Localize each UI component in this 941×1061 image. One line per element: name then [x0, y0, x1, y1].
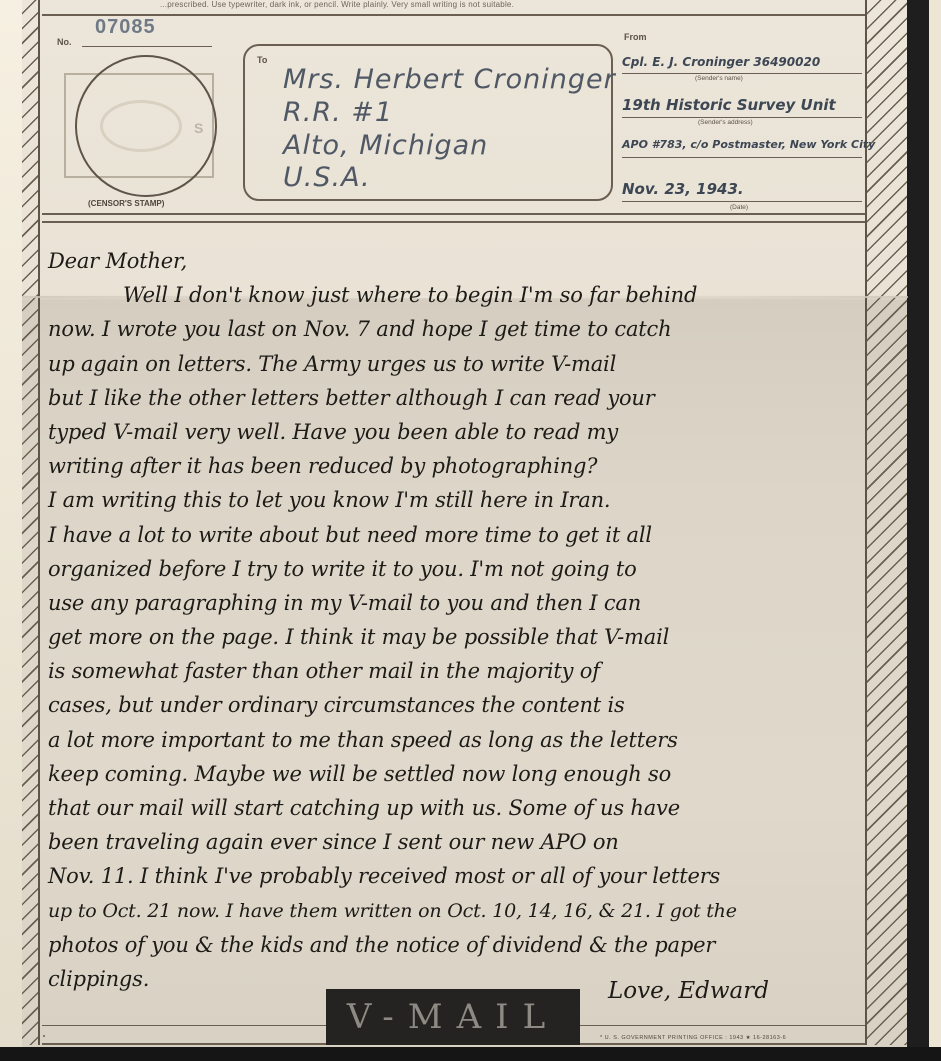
header-bottom-rule [42, 213, 865, 215]
sender-unit-rule [622, 117, 862, 118]
letter-line: I am writing this to let you know I'm st… [48, 483, 860, 517]
recipient-city: Alto, Michigan [283, 130, 488, 161]
recipient-name: Mrs. Herbert Croninger [283, 64, 616, 95]
dark-edge [907, 0, 929, 1061]
letter-line: that our mail will start catching up wit… [48, 791, 860, 825]
sender-name-caption: (Sender's name) [695, 75, 743, 82]
letter-line: up again on letters. The Army urges us t… [48, 347, 860, 381]
recipient-route: R.R. #1 [283, 97, 393, 128]
sender-date-rule [622, 201, 862, 202]
sender-apo-rule [622, 157, 862, 158]
printer-imprint: * U. S. GOVERNMENT PRINTING OFFICE : 194… [600, 1035, 786, 1041]
left-hatched-border [22, 0, 40, 1045]
letter-line: cases, but under ordinary circumstances … [48, 688, 860, 722]
background-margin [0, 0, 22, 1061]
sender-date: Nov. 23, 1943. [622, 180, 744, 198]
sender-name: Cpl. E. J. Croninger 36490020 [622, 55, 820, 69]
letter-line: keep coming. Maybe we will be settled no… [48, 757, 860, 791]
letter-line: been traveling again ever since I sent o… [48, 825, 860, 859]
vmail-letter-page: ...prescribed. Use typewriter, dark ink,… [0, 0, 941, 1061]
letter-line: now. I wrote you last on Nov. 7 and hope… [48, 312, 860, 346]
bottom-dark-edge [0, 1047, 941, 1061]
letter-line: organized before I try to write it to yo… [48, 552, 860, 586]
letter-line: I have a lot to write about but need mor… [48, 518, 860, 552]
footer-dot [43, 1035, 45, 1037]
letter-line: writing after it has been reduced by pho… [48, 449, 860, 483]
number-label: No. [57, 37, 72, 47]
to-label: To [257, 55, 267, 65]
letter-salutation: Dear Mother, [48, 244, 860, 278]
letter-line: a lot more important to me than speed as… [48, 723, 860, 757]
header-bottom-rule-2 [42, 221, 865, 223]
sender-address-caption: (Sender's address) [698, 119, 753, 126]
vmail-badge: V-MAIL [326, 989, 580, 1045]
right-background-edge [929, 0, 941, 1061]
letter-line: photos of you & the kids and the notice … [48, 928, 860, 962]
sender-apo: APO #783, c/o Postmaster, New York City [622, 138, 875, 151]
sender-unit: 19th Historic Survey Unit [622, 96, 836, 114]
letter-closing: Love, Edward [608, 978, 769, 1004]
sender-name-rule [622, 73, 862, 74]
number-rule [82, 46, 212, 47]
date-caption: (Date) [730, 204, 748, 211]
letter-line: Nov. 11. I think I've probably received … [48, 859, 860, 893]
censor-stamp-label: (CENSOR'S STAMP) [88, 199, 164, 208]
letter-line: up to Oct. 21 now. I have them written o… [48, 894, 860, 928]
letter-line: typed V-mail very well. Have you been ab… [48, 415, 860, 449]
form-instructions: ...prescribed. Use typewriter, dark ink,… [160, 0, 860, 14]
header-top-rule [42, 14, 865, 16]
censor-stamp-letter: S [194, 120, 203, 136]
letter-line: is somewhat faster than other mail in th… [48, 654, 860, 688]
letter-line: get more on the page. I think it may be … [48, 620, 860, 654]
recipient-country: U.S.A. [283, 162, 371, 193]
letter-body: Dear Mother, Well I don't know just wher… [48, 244, 860, 996]
from-label: From [624, 32, 647, 42]
letter-line: use any paragraphing in my V-mail to you… [48, 586, 860, 620]
number-value: 07085 [95, 16, 156, 39]
right-hatched-border [865, 0, 907, 1045]
letter-line: but I like the other letters better alth… [48, 381, 860, 415]
letter-line: Well I don't know just where to begin I'… [48, 278, 860, 312]
